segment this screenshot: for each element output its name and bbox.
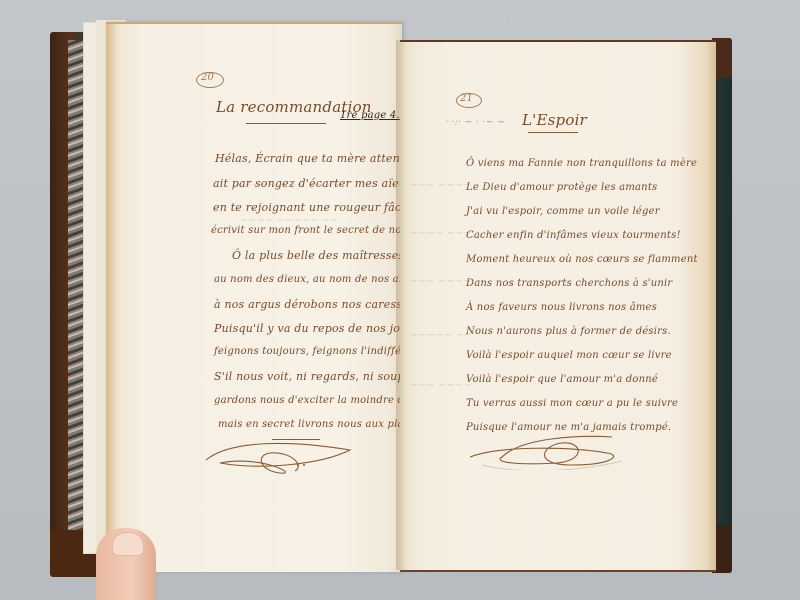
flourish-left-icon: [200, 435, 360, 480]
verse-line: Ô viens ma Fannie non tranquillons ta mè…: [466, 158, 697, 169]
open-manuscript-book: 20 La recommandation 1re page 4. ~~~~~ ~…: [0, 0, 800, 600]
right-page-title: L'Espoir: [522, 111, 587, 129]
verse-line: Puisqu'il y va du repos de nos jours: [214, 322, 419, 335]
verse-line: Tu verras aussi mon cœur a pu le suivre: [466, 398, 678, 409]
title-underline: [246, 123, 326, 124]
gutter-shadow: [396, 40, 406, 570]
verse-line: à nos argus dérobons nos caresses: [214, 298, 415, 311]
verse-line: ait par songez d'écarter mes aïeux: [213, 177, 413, 190]
verse-line: Cacher enfin d'infâmes vieux tourments!: [466, 230, 681, 241]
verse-line: Ô la plus belle des maîtresses,: [232, 249, 408, 262]
verse-line: S'il nous voit, ni regards, ni soupirs: [214, 370, 420, 383]
folio-number-left: 20: [201, 72, 214, 83]
verse-line: Moment heureux où nos cœurs se flamment: [466, 254, 698, 265]
verse-line: À nos faveurs nous livrons nos âmes: [466, 302, 657, 313]
verse-line: Dans nos transports cherchons à s'unir: [466, 278, 672, 289]
fingernail: [112, 532, 144, 556]
verse-line: Voilà l'espoir que l'amour m'a donné: [466, 374, 658, 385]
flourish-right-icon: [462, 425, 632, 470]
verse-line: Le Dieu d'amour protège les amants: [466, 182, 657, 193]
verse-line: Hélas, Écrain que ta mère attentive: [215, 152, 421, 165]
folio-number-right: 21: [460, 93, 473, 104]
verse-line: Nous n'aurons plus à former de désirs.: [466, 326, 671, 337]
verse-line: mais en secret livrons nous aux plaisirs: [218, 419, 426, 430]
title-underline: [528, 132, 578, 133]
verse-line: J'ai vu l'espoir, comme un voile léger: [466, 206, 660, 217]
verse-line: Voilà l'espoir auquel mon cœur se livre: [466, 350, 672, 361]
left-page-reference: 1re page 4.: [340, 110, 400, 121]
